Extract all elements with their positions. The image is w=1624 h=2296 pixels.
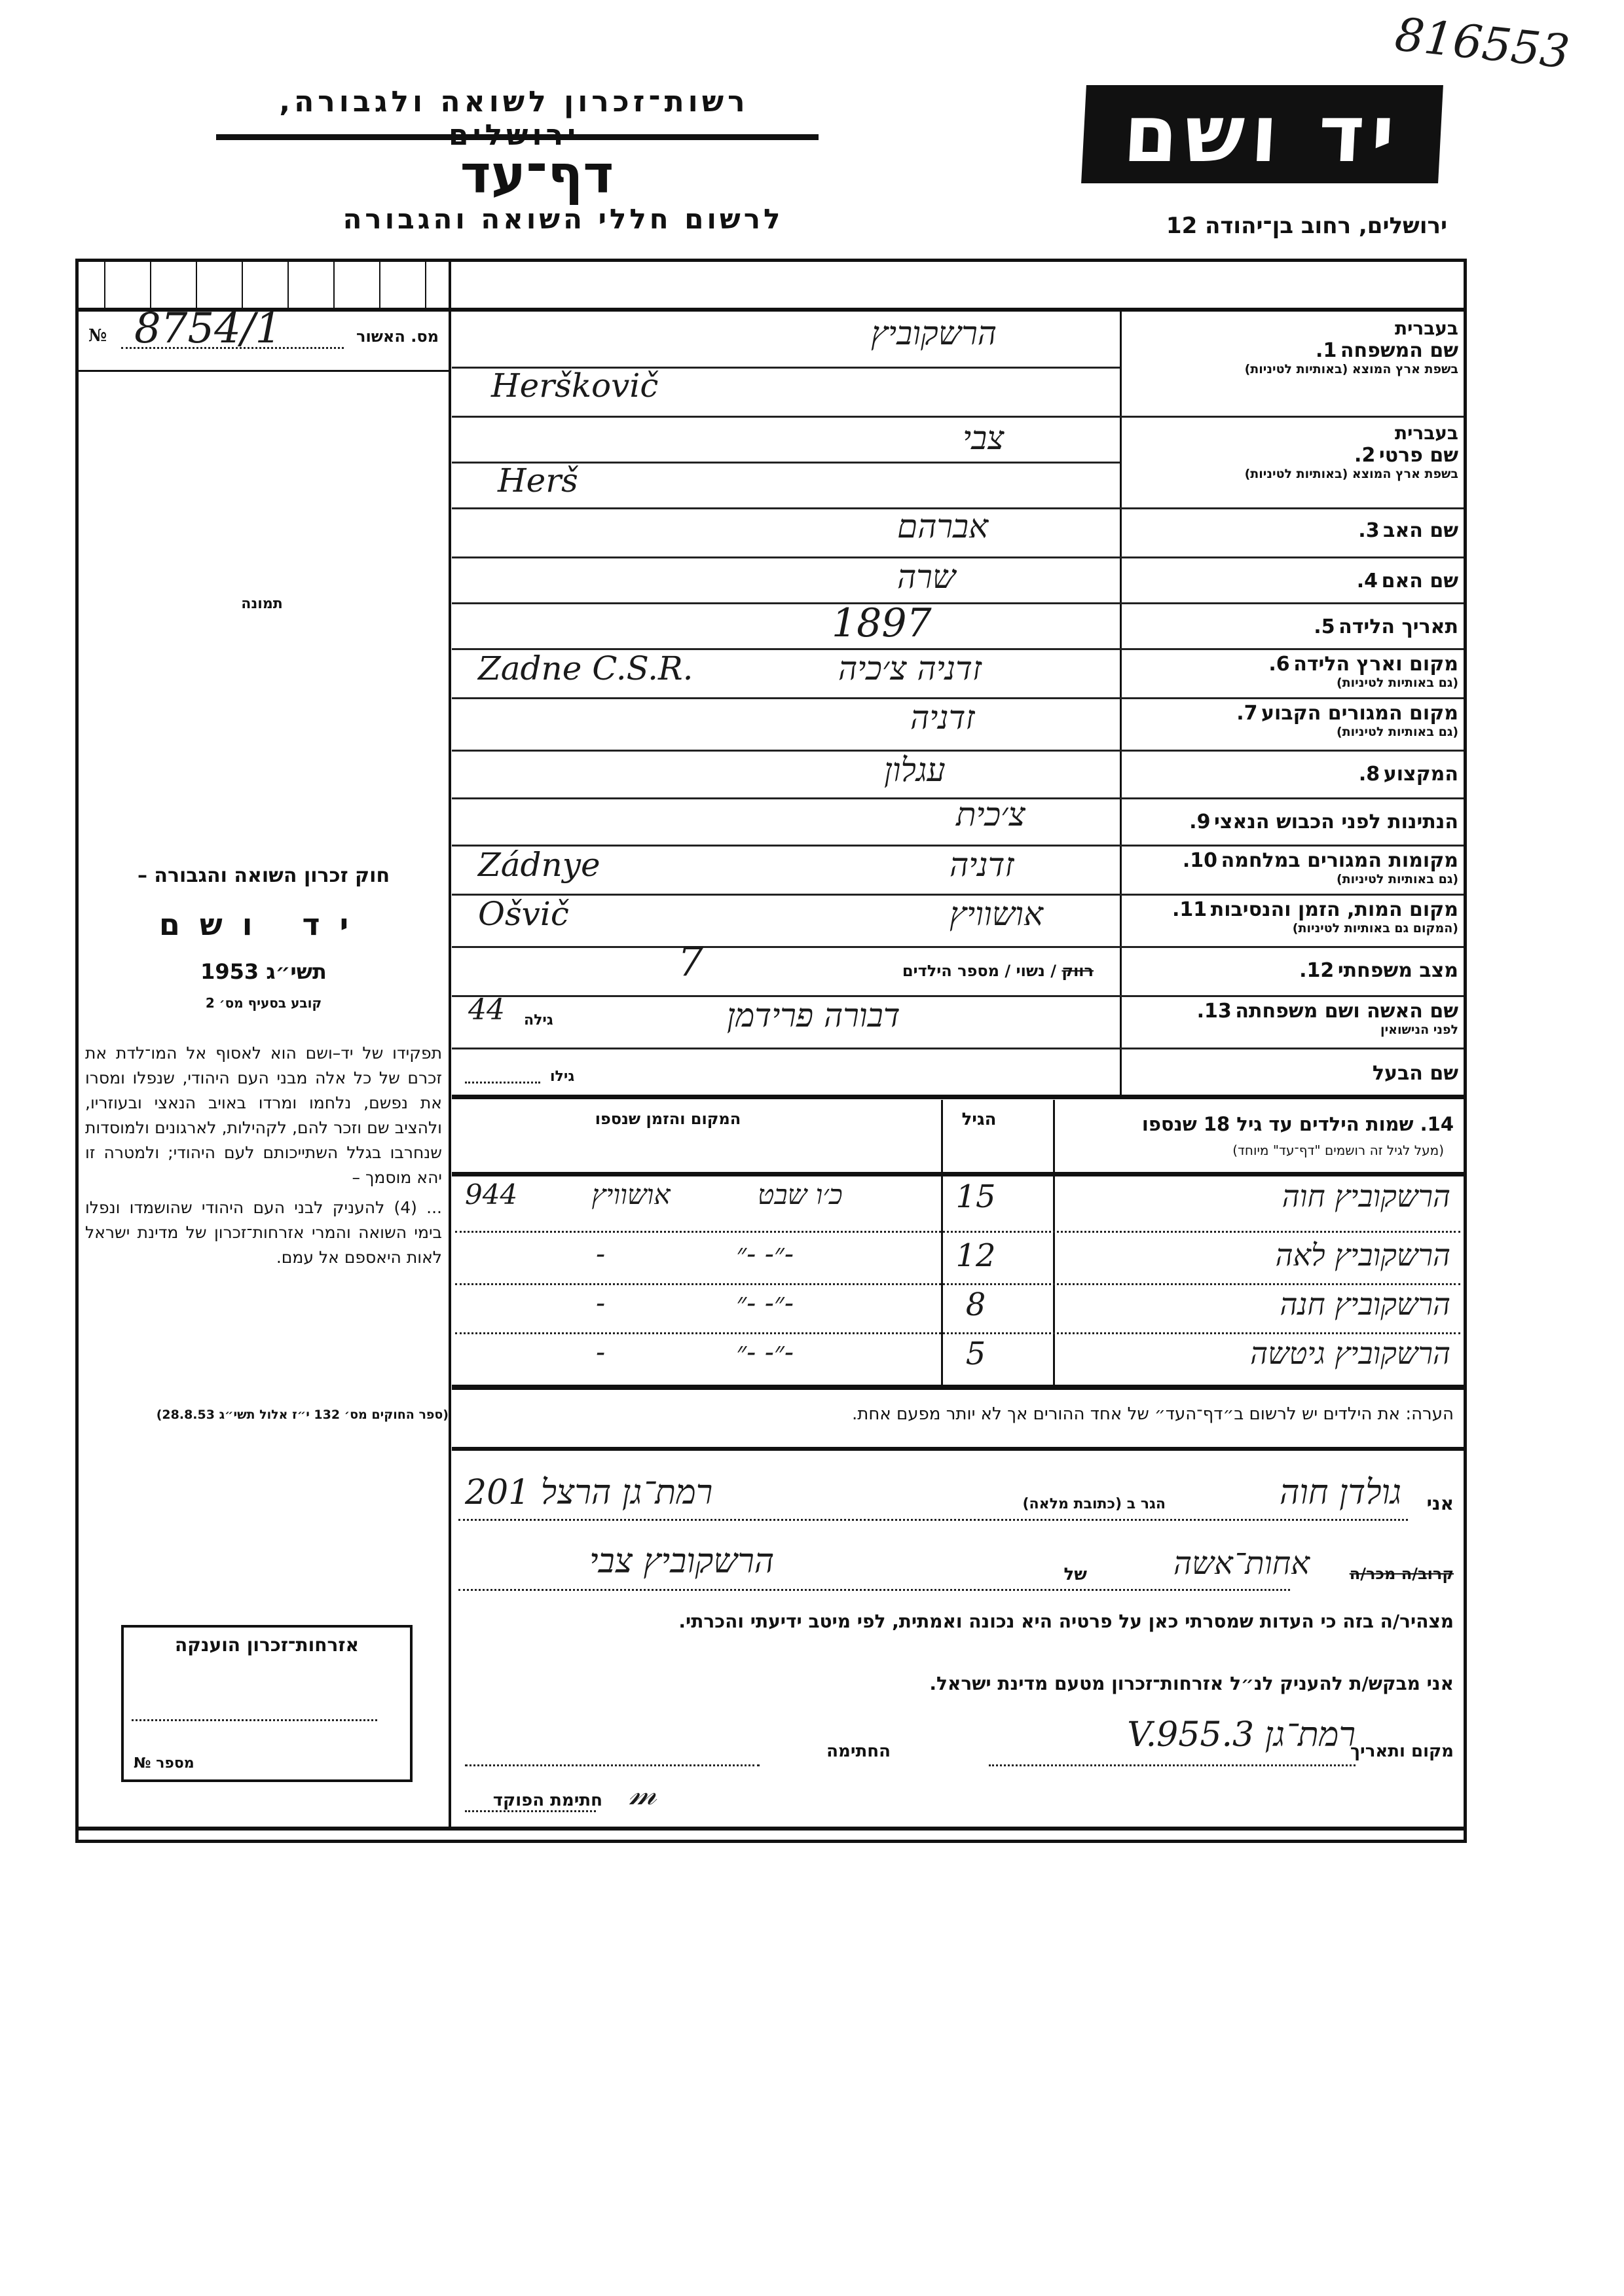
husband-age-label: גילו xyxy=(550,1068,574,1085)
wife-age-value[interactable]: 44 xyxy=(468,993,505,1027)
numero-sign: № xyxy=(88,326,107,346)
law-clause: קובע בסעיף מס׳ 2 xyxy=(82,995,445,1011)
child-name[interactable]: הרשקוביץ חוה xyxy=(1071,1178,1450,1214)
declarant-row: אני גולדן חוה הגר ב (כתובת מלאה) רמת־גן … xyxy=(458,1473,1454,1525)
label-text: שם פרטי xyxy=(1379,444,1458,467)
memorial-box-title: אזרחות־זכרון הוענקה xyxy=(124,1634,410,1656)
relation-label: קרוב/ה מכר/ה xyxy=(1350,1565,1454,1583)
child-age[interactable]: 15 xyxy=(943,1178,1008,1215)
signature-label: החתימה xyxy=(826,1741,891,1761)
death-year: 944 xyxy=(465,1178,517,1211)
children-header: 14. שמות הילדים עד גיל 18 שנספו xyxy=(1048,1113,1454,1135)
field-number: 9. xyxy=(1189,811,1210,833)
children-count-value[interactable]: 7 xyxy=(678,938,703,985)
signature-line[interactable] xyxy=(465,1764,760,1766)
label-sub: (המקום גם באותיות לטיניות) xyxy=(1124,921,1458,936)
field-wife-name: שם האשה ושם משפחתה 13. לפני הנישואין דבו… xyxy=(452,996,1464,1049)
law-title: חוק זכרון השואה והגבורה – xyxy=(82,864,445,887)
label-sub: בשפת ארץ המוצא (באותיות לטיניות) xyxy=(1124,467,1458,481)
field-label: הנתינות לפני הכבוש הנאצי 9. xyxy=(1124,811,1458,833)
children-subheader: (מעל לגיל זה רושמים "דף־עד" מיוחד) xyxy=(1048,1142,1444,1158)
yad-vashem-logo: יד ושם xyxy=(1081,85,1443,183)
mother-name-value[interactable]: שרה xyxy=(897,558,955,596)
label-sub: (גם באותיות לטיניות) xyxy=(1124,725,1458,739)
field-husband-name: שם הבעל גילו xyxy=(452,1049,1464,1095)
row-line xyxy=(452,367,1120,369)
husband-age-line[interactable] xyxy=(465,1082,540,1084)
field-birth-date: תאריך הלידה 5. 1897 xyxy=(452,604,1464,649)
birth-date-value[interactable]: 1897 xyxy=(832,600,932,646)
death-place: אושוויץ xyxy=(592,1178,671,1211)
field-label: שם האם 4. xyxy=(1124,570,1458,592)
label-text: שם המשפחה xyxy=(1340,339,1458,362)
place-date-line xyxy=(989,1764,1356,1766)
field-number: 6. xyxy=(1268,653,1289,676)
approval-number-row: מס. האשור № 8754/1 xyxy=(82,321,445,360)
row-dotted-line xyxy=(455,1283,1460,1285)
law-year: תשי״ג 1953 xyxy=(82,959,445,984)
death-date: -״- xyxy=(596,1286,784,1319)
official-signature-label: חתימת הפוקד xyxy=(493,1791,602,1810)
law-reference: (ספר החוקים מס׳ 132 י״ז אלול תשי״ג 28.8.… xyxy=(79,1408,449,1422)
father-name-value[interactable]: אברהם xyxy=(897,507,988,545)
number-label: מספר xyxy=(156,1755,194,1772)
place-date-row: מקום ותאריך רמת־גן 3.V.955 החתימה xyxy=(458,1715,1454,1768)
i-label: אני xyxy=(1427,1493,1454,1514)
approval-label: מס. האשור xyxy=(356,327,439,346)
official-signature-line[interactable] xyxy=(465,1810,596,1812)
hebrew-tag: בעברית xyxy=(1124,422,1458,444)
field-birth-place: מקום וארץ הלידה 6. (גם באותיות לטיניות) … xyxy=(452,649,1464,699)
field-nationality: הנתינות לפני הכבוש הנאצי 9. צ׳כית xyxy=(452,799,1464,845)
row-dotted-line xyxy=(455,1332,1460,1334)
child-place-date[interactable]: -״- -״- xyxy=(465,1336,936,1368)
field-label: תאריך הלידה 5. xyxy=(1124,615,1458,638)
struck-option-single: רווק xyxy=(1061,962,1094,980)
of-label: של xyxy=(1064,1565,1087,1584)
children-bottom-line xyxy=(452,1385,1464,1390)
death-place-latin[interactable]: Ošvič xyxy=(478,895,569,933)
header-divider xyxy=(216,134,819,140)
official-signature-row: חתימת הפוקד 𝓂 xyxy=(458,1781,1454,1820)
column-divider xyxy=(449,259,451,1097)
field-label: שם האב 3. xyxy=(1124,519,1458,542)
label-sub: לפני הנישואין xyxy=(1124,1023,1458,1037)
declarant-name[interactable]: גולדן חוה xyxy=(1280,1473,1401,1512)
label-sub: (גם באותיות לטיניות) xyxy=(1124,872,1458,886)
field-number: 12. xyxy=(1299,959,1334,982)
affirmation-text: מצהיר/ה בזה כי העדות שמסרתי כאן על פרטיה… xyxy=(458,1611,1454,1632)
value-latin[interactable]: Herš xyxy=(498,462,578,500)
label-text: שם האם xyxy=(1382,570,1458,592)
approval-divider xyxy=(79,370,449,372)
child-place-date[interactable]: 944 כ׳ו שבט אושוויץ xyxy=(465,1178,936,1211)
field-father-name: שם האב 3. אברהם xyxy=(452,507,1464,553)
label-text: מצב משפחתי xyxy=(1338,959,1458,982)
field-wartime-residence: מקומות המגורים במלחמה 10. (גם באותיות לט… xyxy=(452,846,1464,895)
child-age[interactable]: 8 xyxy=(943,1286,1008,1323)
field-death-place: מקום המות, הזמן והנסיבות 11. (המקום גם ב… xyxy=(452,895,1464,947)
field-mother-name: שם האם 4. שרה xyxy=(452,558,1464,604)
memorial-citizenship-box: אזרחות־זכרון הוענקה מספר № xyxy=(121,1625,413,1782)
child-name[interactable]: הרשקוביץ חנה xyxy=(1071,1286,1450,1322)
form-subtitle: לרשום חללי השואה והגבורה xyxy=(288,203,838,235)
label-text: מקום וארץ הלידה xyxy=(1293,653,1458,676)
field-number: 13. xyxy=(1197,1000,1232,1023)
field-label: מצב משפחתי 12. xyxy=(1124,959,1458,982)
field-marital-status: מצב משפחתי 12. רווק רווק / נשוי / מספר ה… xyxy=(452,947,1464,996)
value-hebrew[interactable]: צבי xyxy=(963,419,1004,457)
wife-name-value[interactable]: דבורה פרידמן xyxy=(727,996,900,1034)
declarant-address[interactable]: רמת־גן הרצל 201 xyxy=(465,1473,712,1512)
field-label: מקומות המגורים במלחמה 10. (גם באותיות לט… xyxy=(1124,849,1458,886)
reference-number: 816553 xyxy=(1392,7,1572,79)
nationality-value[interactable]: צ׳כית xyxy=(956,795,1025,833)
field-label: שם האשה ושם משפחתה 13. לפני הנישואין xyxy=(1124,1000,1458,1037)
field-number: 2. xyxy=(1354,444,1375,467)
photo-label: תמונה xyxy=(196,596,327,612)
label-text: תאריך הלידה xyxy=(1338,615,1458,638)
death-date: -״- xyxy=(596,1336,784,1368)
memorial-box-line xyxy=(132,1719,377,1721)
relation-value[interactable]: אחות־אשה xyxy=(1173,1545,1310,1582)
hebrew-tag: בעברית xyxy=(1124,318,1458,339)
section-divider xyxy=(452,1095,1464,1099)
field-label: בעברית שם פרטי 2. בשפת ארץ המוצא (באותיו… xyxy=(1124,422,1458,481)
form-title: דף־עד xyxy=(406,144,668,205)
numero-sign: № xyxy=(134,1755,151,1772)
field-label: מקום המגורים הקבוע 7. (גם באותיות לטיניו… xyxy=(1124,702,1458,739)
field-number: 8. xyxy=(1359,763,1380,786)
wife-age-label: גילה xyxy=(524,1012,553,1029)
field-number: 3. xyxy=(1358,519,1379,542)
top-divider xyxy=(79,308,1464,312)
frame-bottom-line xyxy=(75,1827,1467,1831)
child-row: הרשקוביץ חוה 15 944 כ׳ו שבט אושוויץ xyxy=(452,1178,1464,1231)
separator: / נשוי / מספר הילדים xyxy=(902,962,1056,980)
label-text: שם הבעל xyxy=(1373,1062,1458,1085)
field-label: בעברית שם המשפחה 1. בשפת ארץ המוצא (באות… xyxy=(1124,318,1458,376)
field-label: שם הבעל xyxy=(1124,1062,1458,1085)
age-column-header: הגיל xyxy=(943,1110,1015,1129)
birth-place-hebrew[interactable]: זדניה צ׳כיה xyxy=(838,649,982,687)
memorial-box-number-label: מספר № xyxy=(134,1755,194,1772)
child-row: הרשקוביץ גיטשה 5 -״- -״- xyxy=(452,1336,1464,1388)
relation-row: קרוב/ה מכר/ה אחות־אשה של הרשקוביץ צבי xyxy=(458,1542,1454,1594)
death-date: כ׳ו שבט xyxy=(758,1178,843,1211)
residence-value[interactable]: זדניה xyxy=(910,699,974,737)
wartime-residence-hebrew[interactable]: זדניה xyxy=(950,846,1014,884)
label-text: מקום המגורים הקבוע xyxy=(1261,702,1458,725)
marital-options: רווק רווק / נשוי / מספר הילדים / נשוי / … xyxy=(902,962,1094,980)
row-line xyxy=(452,416,1464,418)
label-text: מקומות המגורים במלחמה xyxy=(1221,849,1458,872)
wartime-residence-latin[interactable]: Zádnye xyxy=(478,846,600,884)
label-text: מקום המות, הזמן והנסיבות xyxy=(1211,898,1458,921)
profession-value[interactable]: עגלון xyxy=(884,751,946,789)
row-line xyxy=(452,462,1120,464)
column-divider-lower xyxy=(449,1097,451,1830)
place-date-value[interactable]: רמת־גן 3.V.955 xyxy=(1127,1715,1356,1755)
law-text-paragraph-1: תפקידו של יד–ושם הוא לאסוף אל המו־לדת את… xyxy=(85,1041,442,1190)
field-label: המקצוע 8. xyxy=(1124,763,1458,786)
law-name: יד ושם xyxy=(82,907,445,942)
place-date-label: מקום ותאריך xyxy=(1350,1741,1454,1761)
place-column-header: המקום והזמן שנספו xyxy=(498,1110,838,1128)
field-number: 5. xyxy=(1314,615,1335,638)
child-age[interactable]: 12 xyxy=(943,1237,1008,1274)
label-text: הנתינות לפני הכבוש הנאצי xyxy=(1214,811,1458,833)
label-text: שם האשה ושם משפחתה xyxy=(1235,1000,1458,1023)
child-place-date[interactable]: -״- -״- xyxy=(465,1286,936,1319)
field-number: 10. xyxy=(1183,849,1217,872)
note-divider xyxy=(452,1447,1464,1451)
row-dotted-line xyxy=(455,1231,1460,1233)
death-place-hebrew[interactable]: אושוויץ xyxy=(950,895,1043,933)
child-row: הרשקוביץ לאה 12 -״- -״- xyxy=(452,1237,1464,1290)
label-sub: בשפת ארץ המוצא (באותיות לטיניות) xyxy=(1124,362,1458,376)
child-name[interactable]: הרשקוביץ גיטשה xyxy=(1071,1336,1450,1371)
field-number: 4. xyxy=(1357,570,1378,592)
field-number: 7. xyxy=(1236,702,1257,725)
law-text-paragraph-2: ... (4) להעניק לבני העם היהודי שהושמדו ו… xyxy=(85,1195,442,1270)
child-place-date[interactable]: -״- -״- xyxy=(465,1237,936,1270)
resides-label: הגר ב (כתובת מלאה) xyxy=(1022,1496,1166,1512)
of-value[interactable]: הרשקוביץ צבי xyxy=(589,1542,774,1581)
children-header-line xyxy=(452,1172,1464,1176)
field-profession: המקצוע 8. עגלון xyxy=(452,751,1464,797)
note-text: הערה: את הילדים יש לרשום ב״דף־העד״ של אח… xyxy=(458,1404,1454,1424)
field-number: 11. xyxy=(1172,898,1207,921)
field-label: מקום המות, הזמן והנסיבות 11. (המקום גם ב… xyxy=(1124,898,1458,936)
relation-line xyxy=(458,1589,1290,1591)
value-latin[interactable]: Herškovič xyxy=(491,367,658,405)
approval-number: 8754/1 xyxy=(134,304,282,353)
field-label: מקום וארץ הלידה 6. (גם באותיות לטיניות) xyxy=(1124,653,1458,690)
label-sub: (גם באותיות לטיניות) xyxy=(1124,676,1458,690)
official-signature-mark: 𝓂 xyxy=(629,1774,656,1813)
digit-box-grid xyxy=(82,262,449,308)
law-text: תפקידו של יד–ושם הוא לאסוף אל המו־לדת את… xyxy=(85,1041,442,1270)
address: ירושלים, רחוב בן־יהודה 12 xyxy=(1080,213,1447,239)
field-number: 1. xyxy=(1316,339,1337,362)
child-name[interactable]: הרשקוביץ לאה xyxy=(1071,1237,1450,1273)
field-residence: מקום המגורים הקבוע 7. (גם באותיות לטיניו… xyxy=(452,699,1464,751)
death-date: -״- xyxy=(596,1237,784,1269)
child-age[interactable]: 5 xyxy=(943,1336,1008,1372)
child-row: הרשקוביץ חנה 8 -״- -״- xyxy=(452,1286,1464,1339)
declarant-line xyxy=(458,1519,1408,1521)
request-text: אני מבקש/ת להעניק לנ״ל אזרחות־זכרון מטעם… xyxy=(458,1673,1454,1694)
birth-place-latin[interactable]: Zadne C.S.R. xyxy=(478,649,693,687)
value-hebrew[interactable]: הרשקוביץ xyxy=(871,314,997,352)
organization-name: רשות־זכרון לשואה ולגבורה, ירושלים xyxy=(210,85,819,152)
label-text: המקצוע xyxy=(1384,763,1458,786)
label-text: שם האב xyxy=(1383,519,1458,542)
